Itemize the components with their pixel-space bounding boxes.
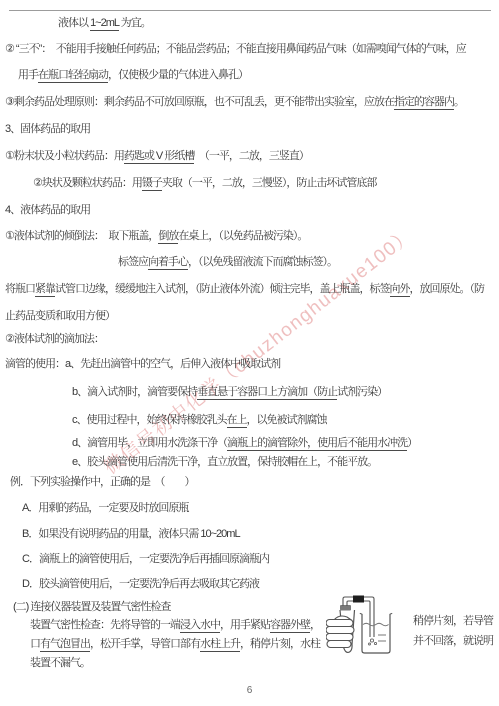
rubber-connector	[353, 596, 364, 603]
underlined-text: 水柱上升	[200, 638, 240, 652]
top-divider	[9, 10, 491, 11]
text-run: 试管口边缘，缓缓地注入试剂，（防止液体外流）倾注完毕，盖上瓶盖，标签	[55, 283, 390, 295]
text-run: C．滴瓶上的滴管使用后，一定要洗净后再插回原滴瓶内	[22, 553, 269, 565]
rule-leftover-reagents: ③剩余药品处理原则：剩余药品不可放回原瓶，也不可乱丢，更不能带出实验室，应放在指…	[5, 95, 464, 109]
gas-check-line2: 口有气泡冒出，松开手掌，导管口部有水柱上升，稍停片刻，水柱	[30, 637, 320, 651]
gas-check-line1: 装置气密性检查：先将导管的一端浸入水中，用手紧贴容器外壁，	[30, 618, 320, 632]
text-run: e、胶头滴管使用后清洗干净，直立放置，保持胶帽在上，不能平放。	[72, 456, 377, 468]
text-run: 稍停片刻，若导管	[413, 615, 493, 627]
underlined-text: 紧靠	[35, 283, 55, 297]
underlined-text: 向着手心	[148, 256, 188, 270]
rule-three-nots-line1: ② “三不”： 不能用手接触任何药品；不能品尝药品；不能直接用鼻闻药品气味（如需…	[5, 42, 466, 56]
text-run: 装置气密性检查：先将导管的一端	[30, 619, 180, 631]
text-run: ，松开手掌，导管口部有	[90, 638, 200, 650]
text-run: B．如果没有说明药品的用量，液体只需 10~20mL	[22, 528, 240, 540]
text-run: 将瓶口	[5, 283, 35, 295]
dropper-usage-d: d、滴管用毕，立即用水洗涤干净（滴瓶上的滴管除外，使用后不能用水冲洗）	[72, 436, 417, 450]
underlined-text: 向外	[390, 283, 410, 297]
pouring-method-line3: 将瓶口紧靠试管口边缘，缓缓地注入试剂，（防止液体外流）倾注完毕，盖上瓶盖，标签向…	[5, 282, 484, 296]
text-run: ② “三不”： 不能用手接触任何药品；不能品尝药品；不能直接用鼻闻药品气味（如需…	[5, 43, 466, 55]
text-run: A．用剩的药品，一定要及时放回原瓶	[22, 502, 188, 514]
note-liquid-dosage: 液体以 1~2mL 为宜。	[58, 16, 151, 30]
text-run: ，	[310, 619, 320, 631]
air-bubbles	[369, 639, 377, 645]
text-run: 标签应	[118, 256, 148, 268]
option-d: D．胶头滴管使用后，一定要洗净后再去吸取其它药液	[22, 577, 259, 591]
underlined-text: 倒放	[158, 230, 178, 244]
pouring-method-line4: 止药品变质和取用方便）	[5, 309, 115, 323]
text-run: ，用手紧贴	[220, 619, 270, 631]
pouring-method-line2: 标签应向着手心，（以免残留液流下而腐蚀标签）。	[118, 255, 337, 269]
underlined-text: 指定的容器内	[394, 96, 454, 110]
text-run: 口	[30, 638, 40, 650]
gas-check-side-line1: 稍停片刻，若导管	[413, 614, 493, 628]
text-run: ，仅使极少量的气体进入鼻孔）	[108, 69, 248, 81]
pouring-method-line1: ①液体试剂的倾倒法： 取下瓶盖，倒放在桌上，（以免药品被污染）。	[5, 229, 307, 243]
dropper-usage-e: e、胶头滴管使用后清洗干净，直立放置，保持胶帽在上，不能平放。	[72, 455, 377, 469]
text-run: d、滴管用毕，立即用水洗涤干净（	[72, 437, 227, 449]
underlined-text: 药匙或 V 形纸槽	[124, 150, 194, 164]
text-run: 装置不漏气。	[30, 657, 90, 669]
option-b: B．如果没有说明药品的用量，液体只需 10~20mL	[22, 527, 240, 541]
text-run: 例．下列实验操作中，正确的是 （ ）	[10, 476, 195, 488]
item-block-reagents: ②块状及颗粒状药品：用镊子夹取（一平，二放，三慢竖），防止击坏试管底部	[33, 176, 376, 190]
gas-check-side-line2: 并不回落，就说明	[413, 634, 493, 648]
text-run: 滴管的使用：a、先赶出滴管中的空气，后伸入液体中吸取试剂	[5, 358, 280, 370]
underlined-text: 垂直悬于容器口上方滴加（防止	[197, 386, 337, 400]
rule-three-nots-line2: 用手在瓶口轻轻扇动，仅使极少量的气体进入鼻孔）	[18, 68, 248, 82]
underlined-text: 有气泡冒出	[40, 638, 90, 652]
text-run: ，稍停片刻，水柱	[240, 638, 320, 650]
text-run: ①液体试剂的倾倒法： 取下瓶盖，	[5, 230, 158, 242]
airtightness-check-diagram	[326, 593, 398, 665]
text-run: ，（以免残留液流下而腐蚀标签）。	[188, 256, 337, 268]
hand-icon	[326, 616, 354, 648]
document-page: 微信号初中化学（chuzhonghuaxue100） 液体以 1~2mL 为宜。…	[0, 0, 499, 706]
item-powder-reagents: ①粉末状及小粒状药品：用药匙或 V 形纸槽 （一平，二放，三竖直）	[5, 149, 309, 163]
text-run: 夹取（一平，二放，三慢竖），防止击坏试管底部	[162, 177, 377, 189]
underlined-text: 容器外壁	[270, 619, 310, 633]
beaker-icon	[360, 613, 392, 653]
text-run: b、滴入试剂时，滴管要保持	[72, 386, 197, 398]
text-run: （一平，二放，三竖直）	[194, 150, 309, 162]
text-run: 试剂污染）	[337, 386, 387, 398]
text-run: ）	[407, 437, 417, 449]
underlined-text: 滴瓶上的滴管除外，使用后不能用水冲洗	[227, 437, 407, 451]
section-2-heading: (二) 连接仪器装置及装置气密性检查	[13, 600, 170, 614]
text-run: c、使用过程中，始终保持橡胶乳头	[72, 414, 227, 426]
heading-liquid-reagents: 4、液体药品的取用	[5, 203, 90, 217]
underlined-text: 在瓶口轻轻扇动	[38, 69, 108, 83]
text-run: 液体以	[58, 17, 90, 29]
text-run: 并不回落，就说明	[413, 635, 493, 647]
rubber-stopper	[340, 605, 351, 611]
dropper-usage-b: b、滴入试剂时，滴管要保持垂直悬于容器口上方滴加（防止试剂污染）	[72, 385, 387, 399]
text-run: D．胶头滴管使用后，一定要洗净后再去吸取其它药液	[22, 578, 259, 590]
text-run: ②液体试剂的滴加法：	[5, 333, 104, 345]
text-run: 在桌上，（以免药品被污染）。	[178, 230, 307, 242]
dropper-method-heading: ②液体试剂的滴加法：	[5, 332, 104, 346]
underlined-text: 1~2mL	[90, 17, 119, 31]
dropper-usage-c: c、使用过程中，始终保持橡胶乳头在上，以免被试剂腐蚀	[72, 413, 327, 427]
option-c: C．滴瓶上的滴管使用后，一定要洗净后再插回原滴瓶内	[22, 552, 269, 566]
text-run: ②块状及颗粒状药品：用	[33, 177, 142, 189]
page-number: 6	[0, 685, 499, 696]
underlined-text: 镊子	[142, 177, 162, 191]
heading-solid-reagents: 3、固体药品的取用	[5, 122, 90, 136]
text-run: 。	[454, 96, 464, 108]
water-surface	[363, 623, 389, 641]
underlined-text: 浸入水中	[180, 619, 220, 633]
text-run: ③剩余药品处理原则：剩余药品不可放回原瓶，也不可乱丢，更不能带出实验室，应放在	[5, 96, 394, 108]
dropper-usage-a: 滴管的使用：a、先赶出滴管中的空气，后伸入液体中吸取试剂	[5, 357, 280, 371]
text-run: 为宜。	[119, 17, 151, 29]
option-a: A．用剩的药品，一定要及时放回原瓶	[22, 501, 188, 515]
text-run: 止药品变质和取用方便）	[5, 310, 115, 322]
text-run: 4、液体药品的取用	[5, 204, 90, 216]
text-run: ，放回原处。（防	[410, 283, 485, 295]
text-run: ，以免被试剂腐蚀	[247, 414, 327, 426]
example-question: 例．下列实验操作中，正确的是 （ ）	[10, 475, 195, 489]
gas-check-line3: 装置不漏气。	[30, 656, 90, 670]
text-run: 用手	[18, 69, 38, 81]
text-run: 3、固体药品的取用	[5, 123, 90, 135]
text-run: ①粉末状及小粒状药品：用	[5, 150, 124, 162]
underlined-text: 在上	[227, 414, 247, 428]
text-run: (二) 连接仪器装置及装置气密性检查	[13, 601, 170, 613]
